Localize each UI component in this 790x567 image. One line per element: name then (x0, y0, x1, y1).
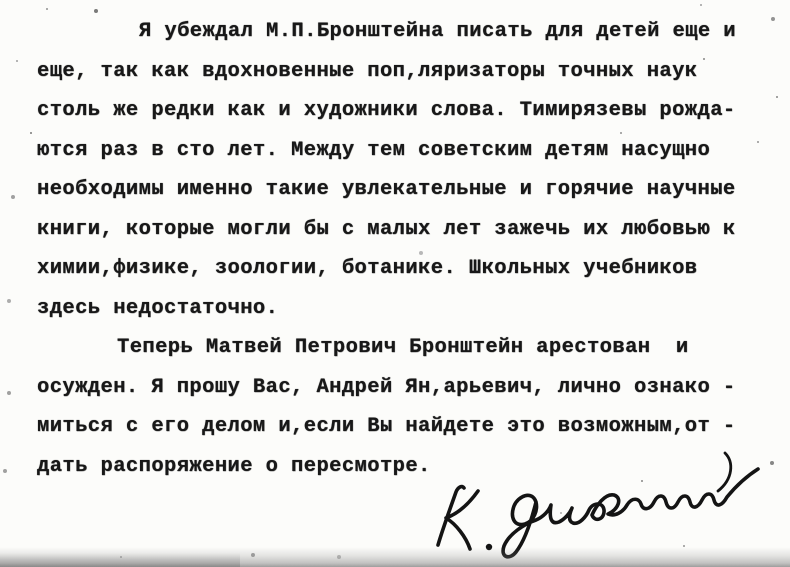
scan-corner-shadow (0, 553, 240, 567)
typed-line: еще, так как вдохновенные поп,ляризаторы… (37, 52, 757, 92)
scanned-letter-page: Я убеждал М.П.Бронштейна писать для дете… (0, 0, 790, 567)
scan-noise-speckles (0, 0, 2, 2)
typed-line: осужден. Я прошу Вас, Андрей Ян,арьевич,… (37, 368, 757, 408)
typed-line: здесь недостаточно. (37, 289, 757, 329)
pen-flourish-paren (718, 453, 731, 491)
typed-line: ются раз в сто лет. Между тем советским … (37, 131, 757, 171)
typed-line: Теперь Матвей Петрович Бронштейн арестов… (37, 328, 757, 368)
typed-line: книги, которые могли бы с малых лет заже… (37, 210, 757, 250)
signature-letter-k-arm (446, 491, 478, 549)
signature-surname-stroke (503, 469, 758, 557)
typed-line: химии,физике, зоологии, ботанике. Школьн… (37, 249, 757, 289)
typed-lines: Я убеждал М.П.Бронштейна писать для дете… (37, 12, 757, 486)
typed-line: необходимы именно такие увлекательные и … (37, 170, 757, 210)
typed-line: столь же редки как и художники слова. Ти… (37, 91, 757, 131)
typed-line: миться с его делом и,если Вы найдете это… (37, 407, 757, 447)
typed-line: Я убеждал М.П.Бронштейна писать для дете… (37, 12, 757, 52)
